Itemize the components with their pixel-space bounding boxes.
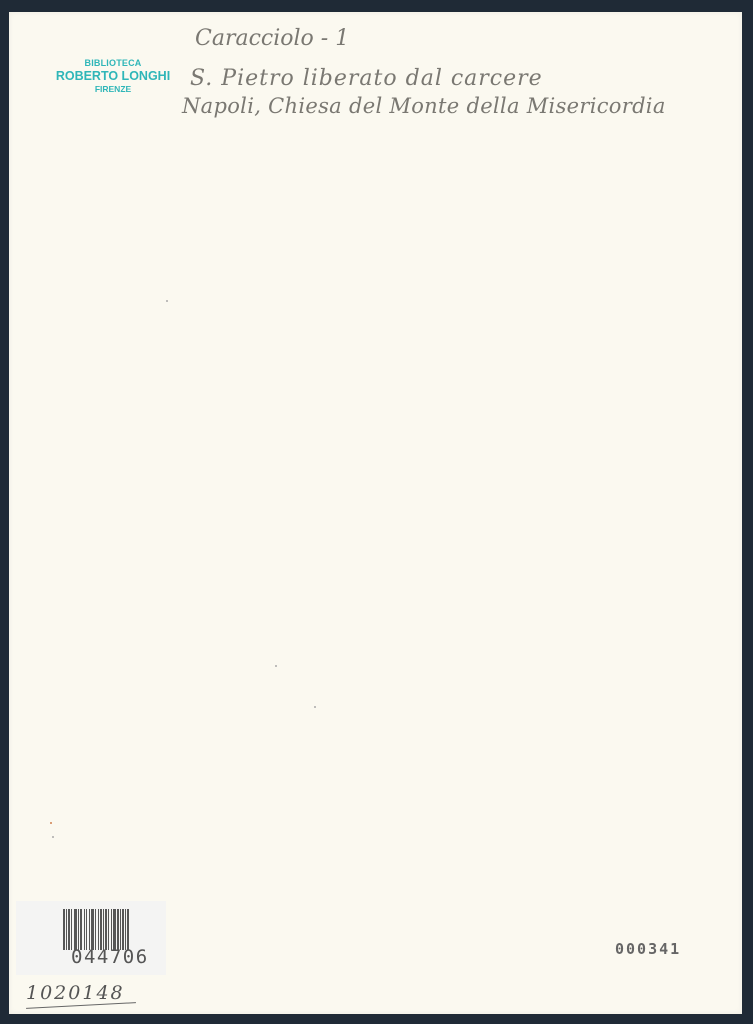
barcode-number: 044706 <box>71 946 149 968</box>
speck <box>166 300 168 302</box>
photo-back-sheet: BIBLIOTECA ROBERTO LONGHI FIRENZE <box>9 12 742 1014</box>
handwritten-title: S. Pietro liberato dal carcere <box>190 66 543 91</box>
inventory-number: 1020148 <box>26 982 125 1004</box>
barcode-icon <box>63 909 155 950</box>
speck <box>314 706 316 708</box>
handwritten-location: Napoli, Chiesa del Monte della Misericor… <box>182 94 666 118</box>
library-stamp: BIBLIOTECA ROBERTO LONGHI FIRENZE <box>47 58 179 94</box>
speck <box>50 822 52 824</box>
stamp-line-3: FIRENZE <box>47 84 179 94</box>
stamped-number: 000341 <box>615 940 681 958</box>
speck <box>275 665 277 667</box>
stamp-line-2: ROBERTO LONGHI <box>47 69 179 83</box>
handwritten-artist: Caracciolo - 1 <box>195 26 349 51</box>
speck <box>52 836 54 838</box>
barcode-label: 044706 <box>16 901 166 975</box>
stamp-line-1: BIBLIOTECA <box>47 58 179 68</box>
